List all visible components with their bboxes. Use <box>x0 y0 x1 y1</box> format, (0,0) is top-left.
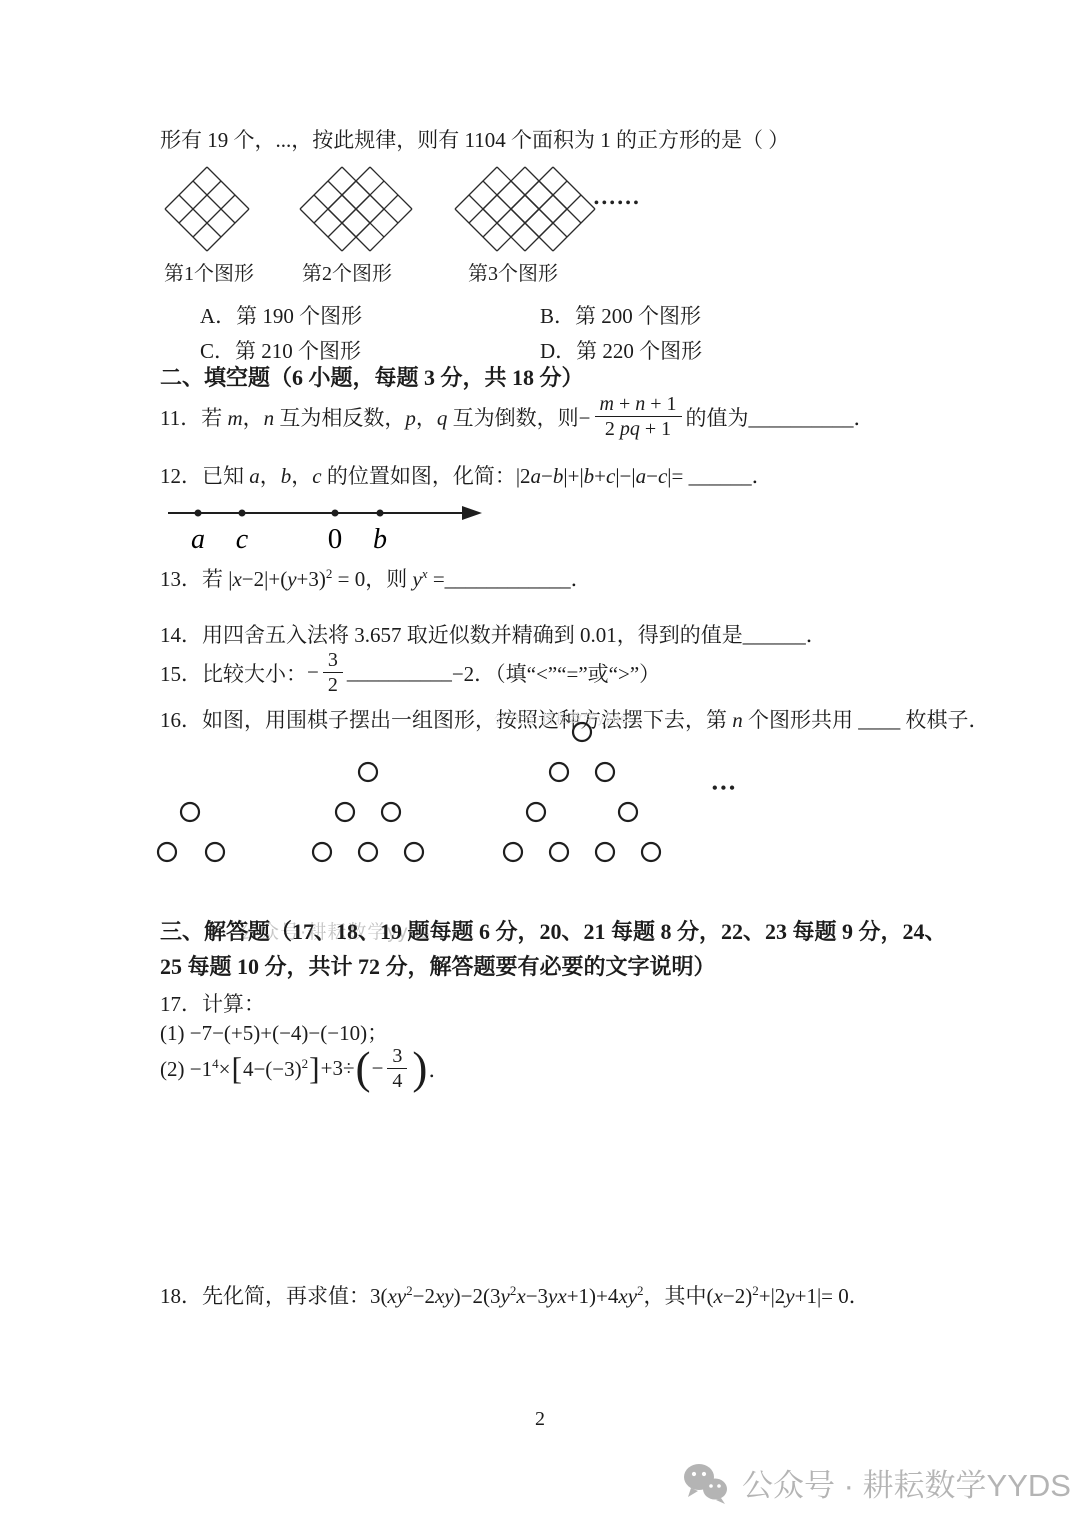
page-number: 2 <box>0 1408 1080 1431</box>
q17-fraction: 3 4 <box>387 1044 407 1093</box>
diamond-figure-2a <box>300 167 384 251</box>
question-17-title: 17．计算： <box>160 988 265 1018</box>
diamond-figure-1 <box>165 167 249 251</box>
q17-right-paren: ) <box>412 1046 427 1091</box>
section-3-heading-line1: 三、解答题（17、18、19 题每题 6 分，20、21 每题 8 分，22、2… <box>160 919 947 944</box>
number-line-arrowhead <box>462 506 482 520</box>
diamond-figure-3a <box>455 167 539 251</box>
q17-left-bracket: [ <box>231 1053 242 1085</box>
stones-ellipsis: ••• <box>712 780 738 798</box>
q11-fraction: m + n + 1 2 pq + 1 <box>595 392 682 441</box>
diamond-figure-2b <box>328 167 412 251</box>
figure-1-label: 第1个图形 <box>164 257 254 286</box>
point-a-dot <box>195 510 202 517</box>
question-11: 11．若 m，n 互为相反数，p，q 互为倒数，则− m + n + 1 2 p… <box>160 392 875 441</box>
question-12: 12．已知 a，b，c 的位置如图，化简：|2a−b|+|b+c|−|a−c|=… <box>160 460 773 490</box>
q15-minus: − <box>307 660 319 685</box>
numberline-label-c: c <box>236 524 249 554</box>
q17-part2-pre: (2) −14× <box>160 1056 230 1082</box>
diamond-figure-3b <box>483 167 567 251</box>
question-14: 14．用四舍五入法将 3.657 取近似数并精确到 0.01，得到的值是____… <box>160 619 827 649</box>
diamond-figure-3c <box>511 167 595 251</box>
point-b-dot <box>377 510 384 517</box>
option-A: A．第 190 个图形 <box>200 300 362 330</box>
option-B: B．第 200 个图形 <box>540 300 701 330</box>
wechat-icon <box>682 1462 730 1504</box>
q15-fraction-numerator: 3 <box>323 648 343 673</box>
q17-part2-period: ． <box>428 1054 449 1084</box>
q17-part2-minus: − <box>372 1056 384 1081</box>
footer-watermark: 公众号 · 耕耘数学YYDS <box>682 1460 1071 1505</box>
q17-left-paren: ( <box>356 1046 371 1091</box>
go-stones-figure <box>150 720 800 872</box>
number-line-figure: a c 0 b <box>160 496 490 554</box>
q15-tail: −2．（填“<”“=”或“>”） <box>452 658 660 688</box>
section-3-heading-line2: 25 每题 10 分，共计 72 分，解答题要有必要的文字说明） <box>160 954 716 979</box>
numberline-label-b: b <box>373 524 387 554</box>
q11-text-pre: 11．若 m，n 互为相反数，p，q 互为倒数，则− <box>160 402 591 432</box>
question-15: 15．比较大小： − 3 2 __________ −2．（填“<”“=”或“>… <box>160 648 660 697</box>
question-13: 13．若 |x−2|+(y+3)2 = 0，则 yx =____________… <box>160 563 592 593</box>
exam-page: 形有 19 个，...，按此规律，则有 1104 个面积为 1 的正方形的是（ … <box>0 0 1080 1527</box>
q15-fraction: 3 2 <box>323 648 343 697</box>
q11-text-post: 的值为__________． <box>686 402 875 432</box>
q17-fraction-denominator: 4 <box>387 1069 407 1093</box>
question-18: 18．先化简，再求值：3(xy2−2xy)−2(3y2x−3yx+1)+4xy2… <box>160 1280 870 1310</box>
q17-fraction-numerator: 3 <box>387 1044 407 1069</box>
question10-stem-continuation: 形有 19 个，...，按此规律，则有 1104 个面积为 1 的正方形的是（ … <box>160 124 789 154</box>
diamond-figures <box>160 164 660 256</box>
q17-part2-inner: 4−(−3)2 <box>243 1056 308 1082</box>
section-3-heading: 三、解答题（17、18、19 题每题 6 分，20、21 每题 8 分，22、2… <box>160 914 947 984</box>
q15-blank: __________ <box>347 660 452 685</box>
q17-right-bracket: ] <box>309 1053 320 1085</box>
q15-fraction-denominator: 2 <box>323 673 343 697</box>
q15-label: 15．比较大小： <box>160 658 307 688</box>
figure-3-label: 第3个图形 <box>468 257 558 286</box>
section-2-heading: 二、填空题（6 小题，每题 3 分，共 18 分） <box>160 361 584 392</box>
diamond-ellipsis: •••••• <box>594 196 641 212</box>
q17-part2: (2) −14× [ 4−(−3)2 ] +3÷ ( − 3 4 ) ． <box>160 1044 449 1093</box>
q11-fraction-numerator: m + n + 1 <box>595 392 682 417</box>
numberline-label-a: a <box>191 524 205 554</box>
figure-2-label: 第2个图形 <box>302 257 392 286</box>
numberline-label-0: 0 <box>328 523 343 554</box>
q11-fraction-denominator: 2 pq + 1 <box>600 417 676 441</box>
q17-part2-mid: +3÷ <box>321 1056 355 1081</box>
brand-text: 公众号 · 耕耘数学YYDS <box>742 1460 1071 1505</box>
point-0-dot <box>332 510 339 517</box>
point-c-dot <box>239 510 246 517</box>
q17-part1: (1) −7−(+5)+(−4)−(−10)； <box>160 1017 388 1047</box>
